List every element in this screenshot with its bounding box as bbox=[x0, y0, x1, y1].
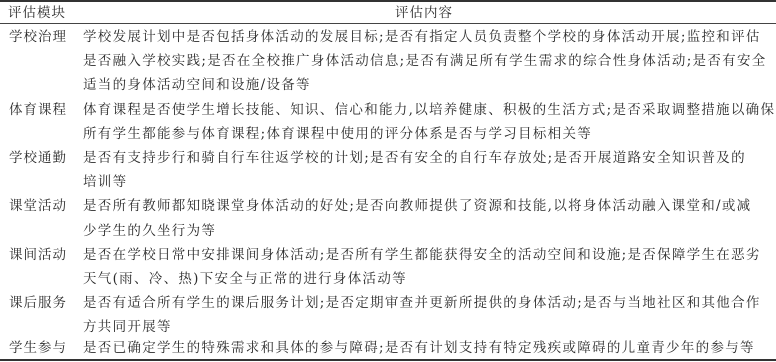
module-content: 是否所有教师都知晓课堂身体活动的好处;是否向教师提供了资源和技能,以将身体活动融… bbox=[83, 194, 771, 242]
module-content: 是否有适合所有学生的课后服务计划;是否定期审查并更新所提供的身体活动;是否与当地… bbox=[83, 291, 771, 339]
module-label: 课后服务 bbox=[9, 291, 67, 315]
module-content: 是否已确定学生的特殊需求和具体的参与障碍;是否有计划支持有特定残疾或障碍的儿童青… bbox=[83, 336, 771, 360]
content-line: 天气(雨、冷、热)下安全与正常的进行身体活动等 bbox=[83, 267, 771, 291]
content-line: 是否所有教师都知晓课堂身体活动的好处;是否向教师提供了资源和技能,以将身体活动融… bbox=[83, 194, 771, 218]
module-label: 课间活动 bbox=[9, 243, 67, 267]
content-line: 是否已确定学生的特殊需求和具体的参与障碍;是否有计划支持有特定残疾或障碍的儿童青… bbox=[83, 336, 771, 360]
module-content: 体育课程是否使学生增长技能、知识、信心和能力,以培养健康、积极的生活方式;是否采… bbox=[83, 98, 771, 146]
content-line: 是否在学校日常中安排课间身体活动;是否所有学生都能获得安全的活动空间和设施;是否… bbox=[83, 243, 771, 267]
module-content: 是否有支持步行和骑自行车往返学校的计划;是否有安全的自行车存放处;是否开展道路安… bbox=[83, 146, 771, 194]
content-line: 是否融入学校实践;是否在全校推广身体活动信息;是否有满足所有学生需求的综合性身体… bbox=[83, 49, 771, 73]
module-label: 学生参与 bbox=[9, 336, 67, 360]
module-label: 课堂活动 bbox=[9, 194, 67, 218]
module-content: 学校发展计划中是否包括身体活动的发展目标;是否有指定人员负责整个学校的身体活动开… bbox=[83, 25, 771, 98]
header-content: 评估内容 bbox=[395, 3, 453, 23]
module-label: 学校治理 bbox=[9, 25, 67, 49]
table-bottom-rule bbox=[0, 359, 776, 361]
content-line: 学校发展计划中是否包括身体活动的发展目标;是否有指定人员负责整个学校的身体活动开… bbox=[83, 25, 771, 49]
header-module: 评估模块 bbox=[8, 3, 66, 23]
content-line: 是否有适合所有学生的课后服务计划;是否定期审查并更新所提供的身体活动;是否与当地… bbox=[83, 291, 771, 315]
content-line: 体育课程是否使学生增长技能、知识、信心和能力,以培养健康、积极的生活方式;是否采… bbox=[83, 98, 771, 122]
content-line: 所有学生都能参与体育课程;体育课程中使用的评分体系是否与学习目标相关等 bbox=[83, 122, 771, 146]
content-line: 适当的身体活动空间和设施/设备等 bbox=[83, 73, 771, 97]
module-content: 是否在学校日常中安排课间身体活动;是否所有学生都能获得安全的活动空间和设施;是否… bbox=[83, 243, 771, 291]
content-line: 培训等 bbox=[83, 170, 771, 194]
header-rule bbox=[0, 23, 776, 24]
table-top-rule bbox=[0, 0, 776, 2]
content-line: 少学生的久坐行为等 bbox=[83, 219, 771, 243]
module-label: 体育课程 bbox=[9, 98, 67, 122]
module-label: 学校通勤 bbox=[9, 146, 67, 170]
content-line: 是否有支持步行和骑自行车往返学校的计划;是否有安全的自行车存放处;是否开展道路安… bbox=[83, 146, 771, 170]
